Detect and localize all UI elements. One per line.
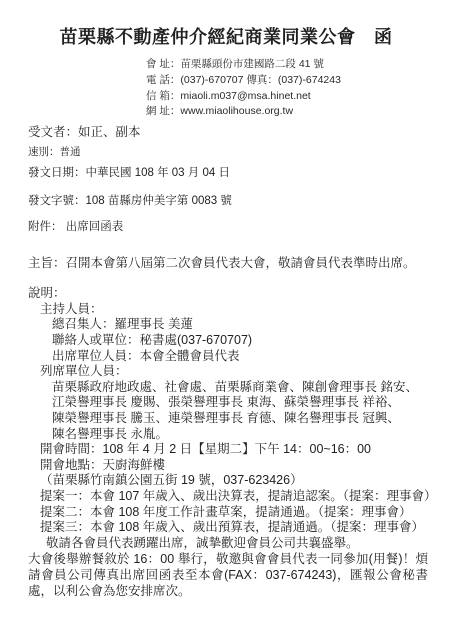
contact-person-line: 聯絡人或單位：秘書處(037-670707) — [28, 333, 438, 349]
observers-names-line-3: 陳榮譽理事長 騰玉、連榮譽理事長 育德、陳名譽理事長 冠興、 — [28, 411, 438, 427]
description-heading: 說明： — [28, 286, 438, 302]
closing-paragraph: 大會後舉辦餐敘於 16：00 舉行，敬邀與會會員代表一同參加(用餐)！煩請會員公… — [28, 551, 428, 599]
observers-names-line-4: 陳名譽理事長 永胤。 — [28, 427, 438, 443]
venue-address-line: （苗栗縣竹南鎮公園五街 19 號，037-623426） — [28, 473, 438, 489]
observers-names-line-1: 苗栗縣政府地政處、社會處、苗栗縣商業會、陳創會理事長 銘安、 — [28, 380, 438, 396]
observers-names-line-2: 江榮譽理事長 慶賜、張榮譽理事長 東海、蘇榮譽理事長 祥裕、 — [28, 395, 438, 411]
hosts-heading: 主持人員： — [28, 302, 438, 318]
attachment-line: 附件： 出席回函表 — [28, 219, 432, 236]
invitation-line: 敬請各會員代表踴躍出席，誠摯歡迎會員公司共襄盛舉。 — [28, 536, 438, 552]
attendees-line: 出席單位人員：本會全體會員代表 — [28, 349, 438, 365]
document-number-line: 發文字號：108 苗縣房仲美字第 0083 號 — [28, 193, 432, 210]
official-letter-page: 苗栗縣不動產仲介經紀商業同業公會 函 會 址：苗栗縣頭份市建國路二段 41 號 … — [0, 0, 452, 640]
meeting-time-line: 開會時間：108 年 4 月 2 日【星期二】下午 14：00~16：00 — [28, 442, 438, 458]
contact-email: 信 箱：miaoli.m037@msa.hinet.net — [146, 89, 452, 105]
description-section: 說明： 主持人員： 總召集人：羅理事長 美蓮 聯絡人或單位：秘書處(037-67… — [28, 286, 438, 551]
proposal-2-line: 提案二：本會 108 年度工作計畫草案，提請通過。（提案：理事會） — [28, 505, 438, 521]
subject-line: 主旨：召開本會第八屆第二次會員代表大會，敬請會員代表準時出席。 — [28, 254, 432, 272]
recipient-line: 受文者：如正、副本 — [28, 123, 432, 141]
priority-line: 速別：普通 — [28, 144, 432, 160]
association-contact-block: 會 址：苗栗縣頭份市建國路二段 41 號 電 話：(037)-670707 傳真… — [146, 57, 452, 120]
meeting-venue-line: 開會地點：天廚海鮮樓 — [28, 458, 438, 474]
contact-phone-fax: 電 話：(037)-670707 傳真：(037)-674243 — [146, 73, 452, 89]
letter-meta-block: 受文者：如正、副本 速別：普通 發文日期：中華民國 108 年 03 月 04 … — [28, 123, 432, 236]
issue-date-line: 發文日期：中華民國 108 年 03 月 04 日 — [28, 165, 432, 182]
proposal-1-line: 提案一：本會 107 年歲入、歲出決算表，提請追認案。（提案：理事會） — [28, 489, 438, 505]
convener-line: 總召集人：羅理事長 美蓮 — [28, 317, 438, 333]
observers-heading: 列席單位人員： — [28, 364, 438, 380]
contact-website: 網 址：www.miaolihouse.org.tw — [146, 104, 452, 120]
proposal-3-line: 提案三：本會 108 年歲入、歲出預算表，提請通過。（提案：理事會） — [28, 520, 438, 536]
contact-address: 會 址：苗栗縣頭份市建國路二段 41 號 — [146, 57, 452, 73]
document-title: 苗栗縣不動產仲介經紀商業同業公會 函 — [0, 0, 452, 48]
